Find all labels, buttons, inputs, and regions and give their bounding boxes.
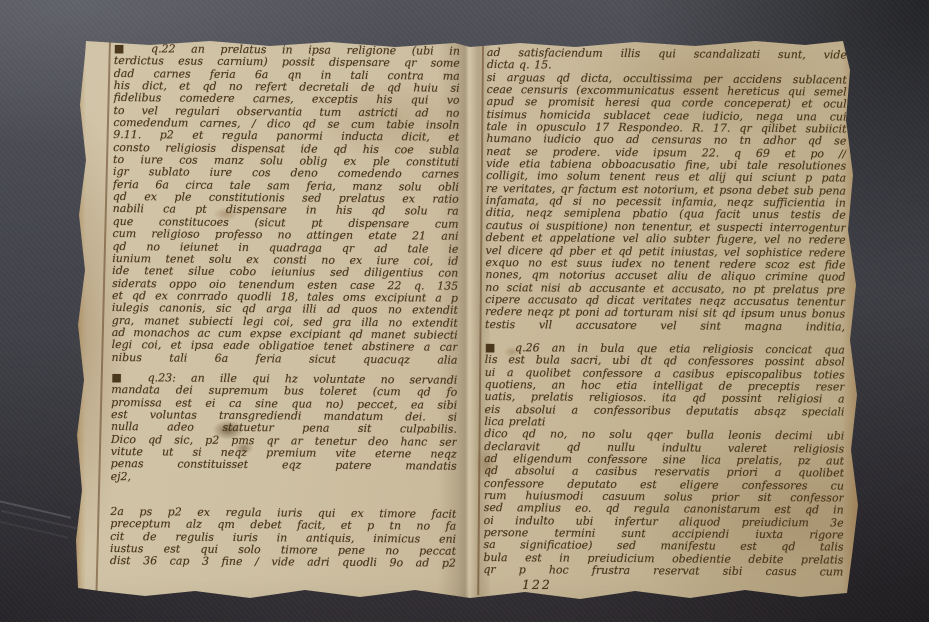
manuscript-line: dist 36 cap 3 fine / vide adri quodli 9o… [110,555,456,570]
manuscript-line: testis vll accusatore vel sint magna ind… [485,319,845,334]
left-page-question-22: ■ q.22 an prelatus in ipsa religione (ub… [111,43,460,367]
left-page: ■ q.22 an prelatus in ipsa religione (ub… [110,43,460,570]
right-page: ad satisfaciendum illis qui scandalizati… [483,47,847,579]
manuscript-spread: ■ q.22 an prelatus in ipsa religione (ub… [0,0,929,622]
page-number: 122 [522,577,552,592]
left-page-closing-note: 2a ps p2 ex regula iuris qui ex timore f… [110,506,456,570]
right-page-question-26: ■ q.26 an in bula que etia religiosis co… [483,342,845,579]
left-page-question-23: ■ q.23: an ille qui hz voluntate no serv… [111,372,458,486]
right-page-continuation: ad satisfaciendum illis qui scandalizati… [485,47,847,333]
manuscript-line: nibus tali 6a feria sicut quacuqz alia [111,352,457,367]
manuscript-photo: ■ q.22 an prelatus in ipsa religione (ub… [0,0,929,622]
margin-rule-left [96,40,111,591]
